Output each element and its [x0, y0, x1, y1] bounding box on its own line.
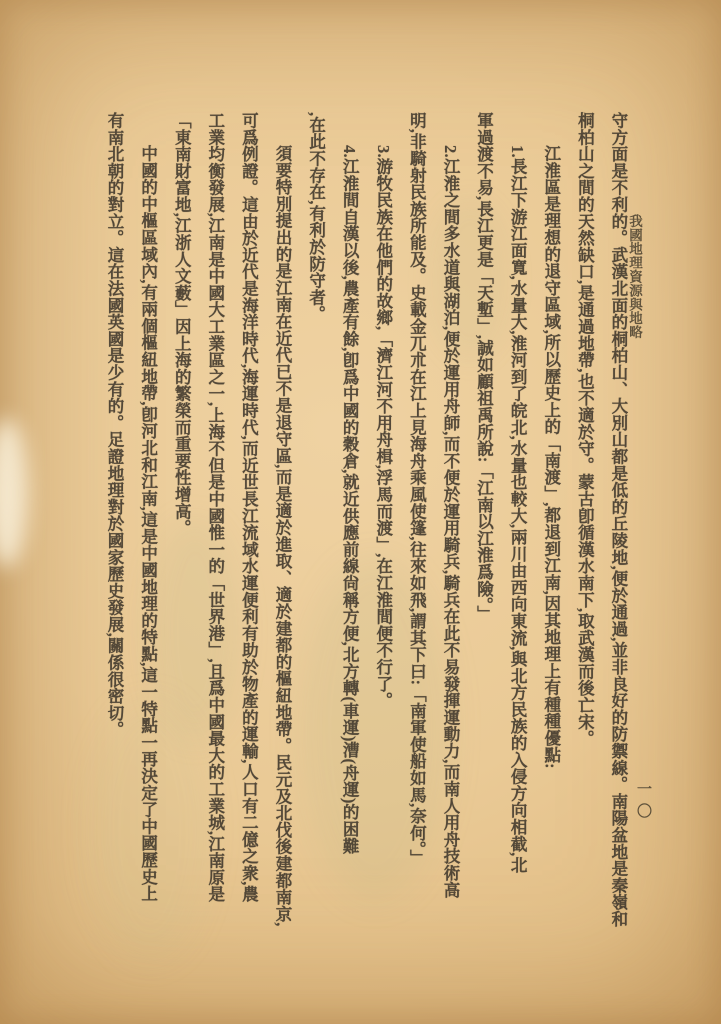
text-column: 明,非騎射民族所能及。史載金兀朮在江上見海舟乘風使篷,往來如飛,謂其下曰:「南軍…: [408, 112, 425, 944]
text-column: ,在此不存在,有利於防守者。: [308, 112, 325, 944]
text-column: 有南北朝的對立。這在法國英國是少有的。足證地理對於國家歷史發展,關係很密切。: [106, 112, 123, 944]
text-body: 守方面是不利的。武漢北面的桐柏山、大別山都是低的丘陵地,便於通過,並非良好的防禦…: [106, 112, 627, 944]
text-column: 桐柏山之間的天然缺口,是通過地帶,也不適於守。蒙古卽循漢水南下,取武漢而後亡宋。: [576, 112, 593, 944]
text-column: 中國的中樞區域內,有兩個樞紐地帶,卽河北和江南,這是中國地理的特點,這一特點一再…: [140, 112, 157, 944]
paper-pale-patch: [0, 418, 28, 568]
text-column: 軍過渡不易,長江更是「天塹」,誠如顧祖禹所說:「江南以江淮爲險。」: [476, 112, 493, 944]
text-column: 工業均衡發展,江南是中國大工業區之一,上海不但是中國惟一的「世界港」,且爲中國最…: [207, 112, 224, 944]
text-column: 江淮區是理想的退守區域,所以歷史上的「南渡」,都退到江南,因其地理上有種種優點:: [543, 112, 560, 944]
text-column: 可爲例證。這由於近代是海洋時代,海運時代,而近世長江流域水運便利有助於物產的運輸…: [240, 112, 257, 944]
text-column: 1.長江下游江面寬,水量大,淮河到了皖北,水量也較大,兩川由西向東流,與北方民族…: [509, 112, 526, 944]
text-column: 4.江淮間自漢以後,農產有餘,卽爲中國的穀倉,就近供應前線尙稱方便,北方轉(車運…: [341, 112, 358, 944]
text-column: 「東南財富地,江浙人文藪」因上海的繁榮而重要性增高。: [173, 112, 190, 944]
running-title: 我國地理資源與地略: [627, 214, 641, 339]
text-column: 須要特別提出的是江南在近代已不是退守區,而是適於進取、適於建都的樞紐地帶。民元及…: [274, 112, 291, 944]
text-column: 2.江淮之間多水道與湖泊,便於運用舟師,而不便於運用騎兵,騎兵在此不易發揮運動力…: [442, 112, 459, 944]
scanned-page: 我國地理資源與地略 一〇 守方面是不利的。武漢北面的桐柏山、大別山都是低的丘陵地…: [0, 0, 721, 1024]
text-column: 3.游牧民族在他們的故鄉,「濟江河不用舟楫,浮馬而渡」,在江淮間便不行了。: [375, 112, 392, 944]
page-number: 一〇: [633, 781, 653, 825]
text-column: 守方面是不利的。武漢北面的桐柏山、大別山都是低的丘陵地,便於通過,並非良好的防禦…: [610, 112, 627, 944]
